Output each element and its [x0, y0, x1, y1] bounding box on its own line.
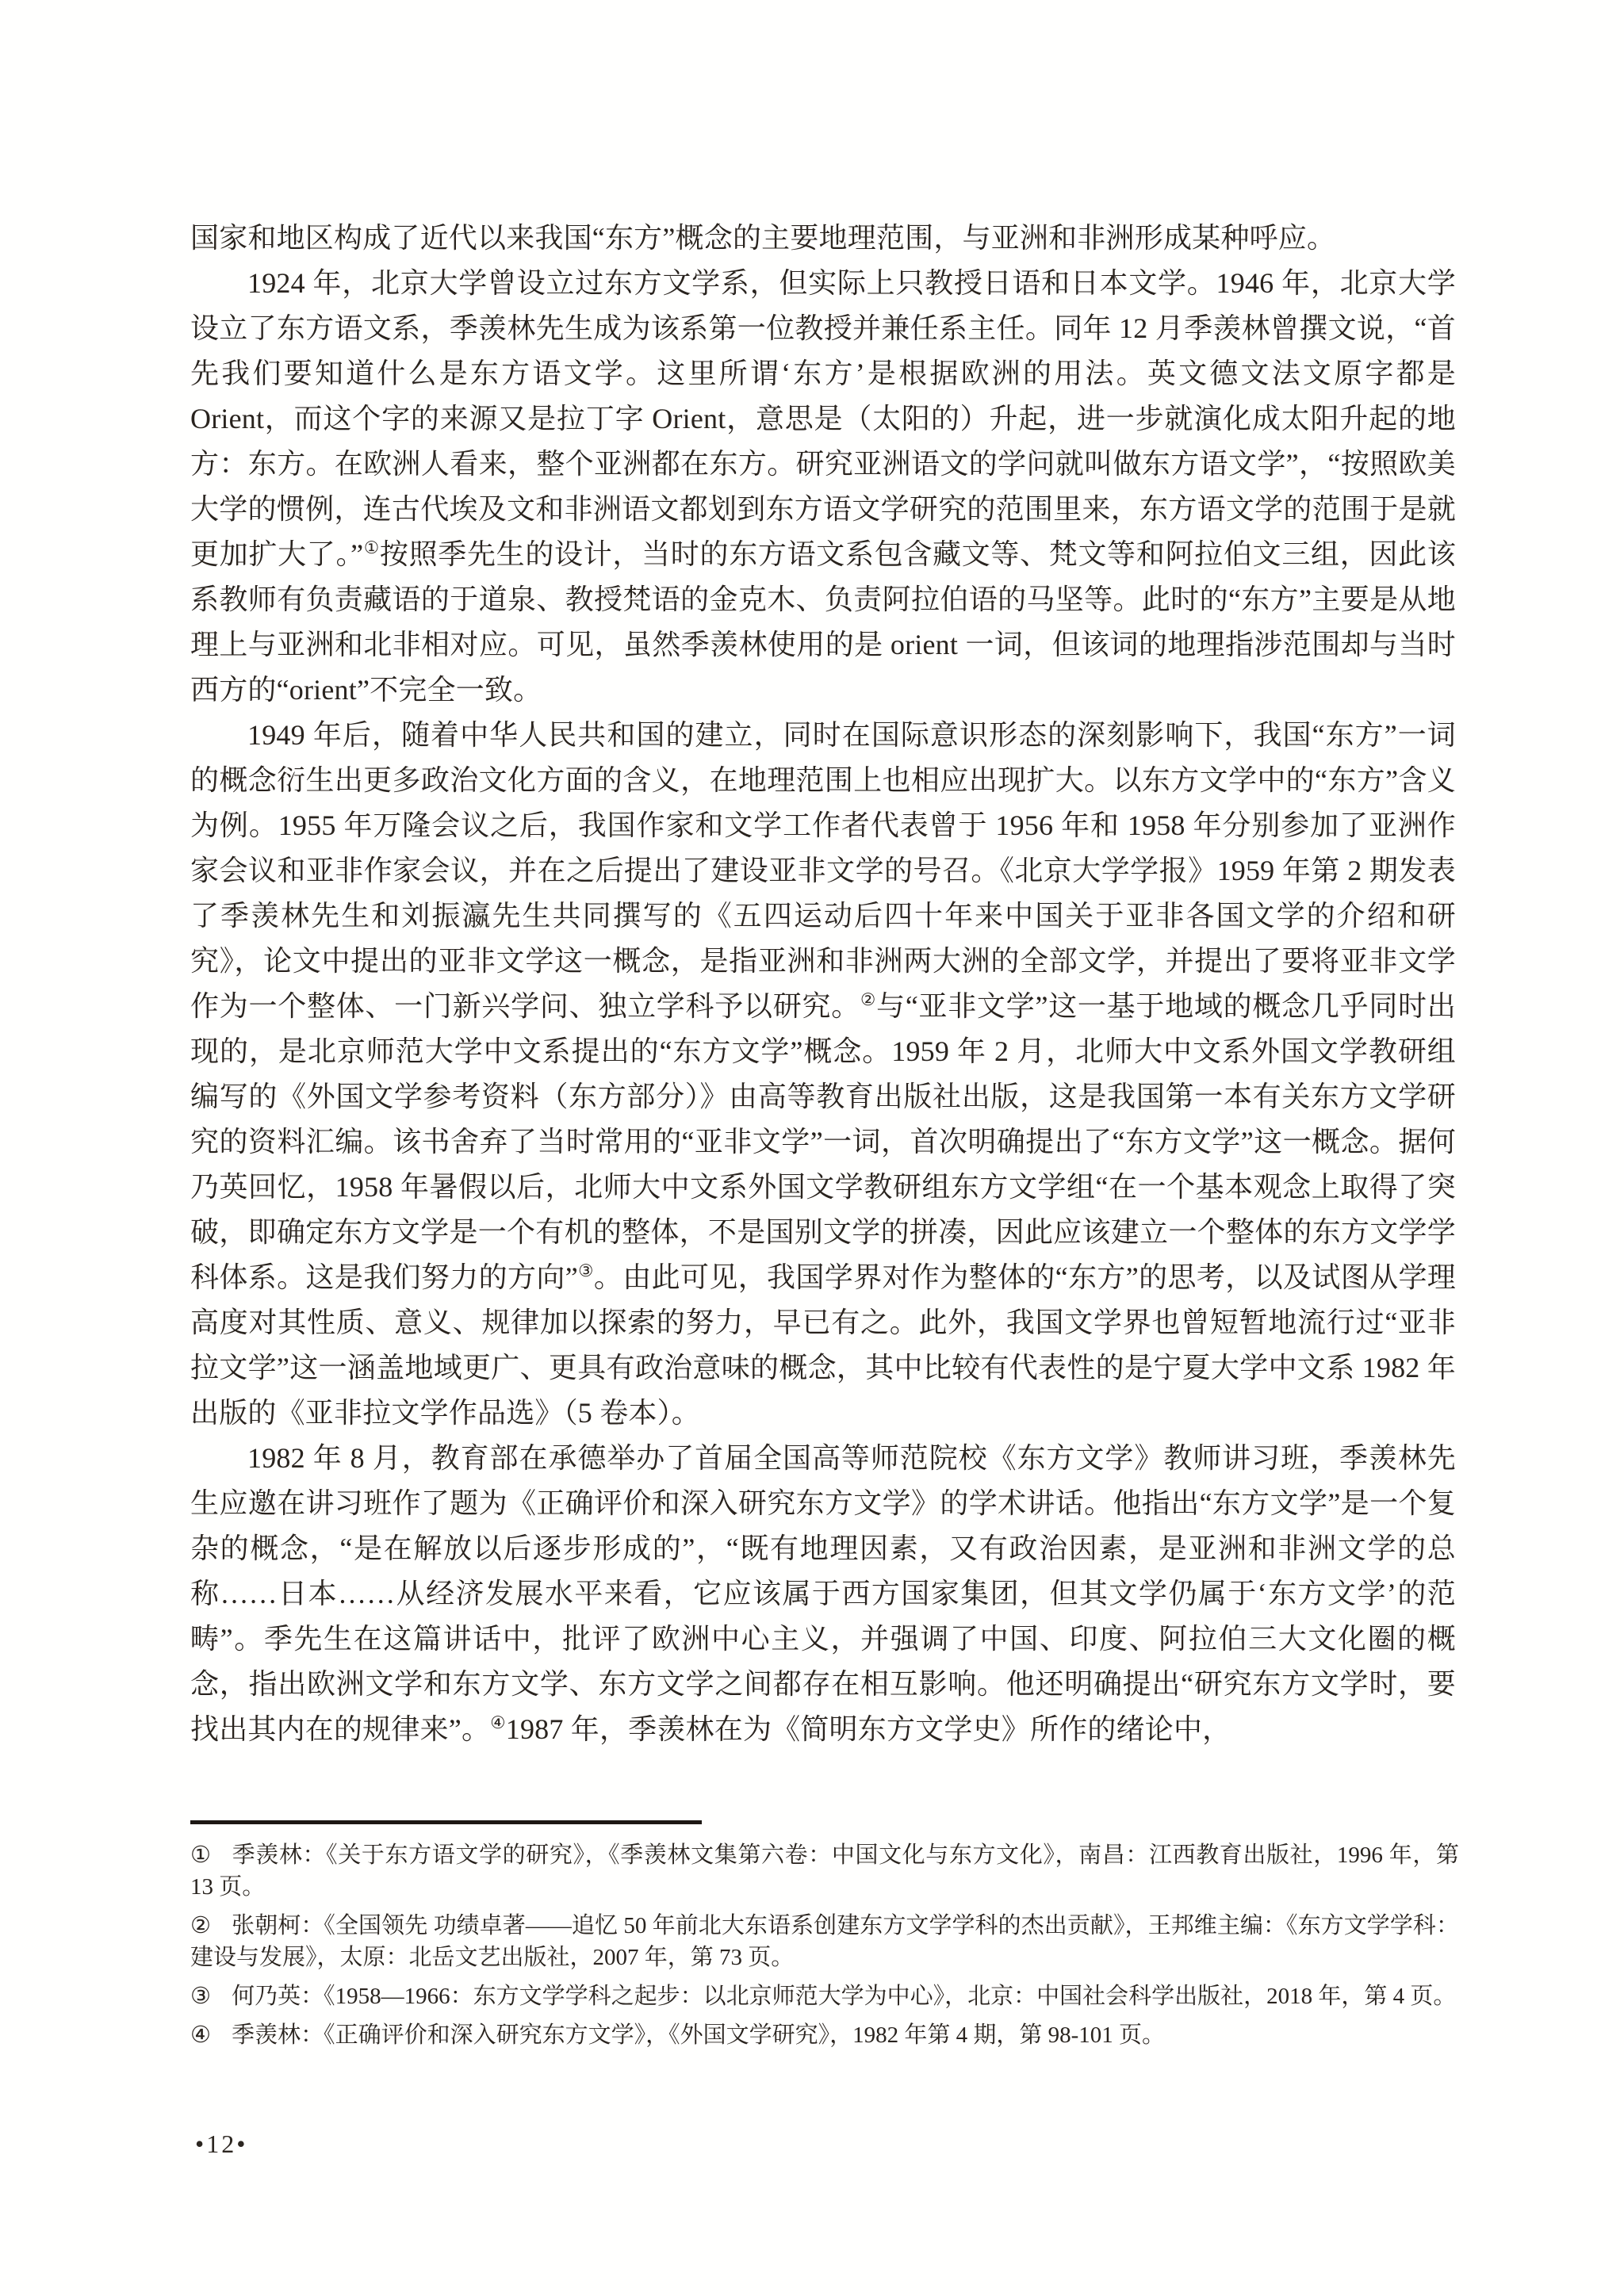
footnote-marker: ④ [190, 2019, 211, 2051]
footnote-ref: ① [363, 538, 380, 557]
footnote-separator [190, 1820, 702, 1824]
footnote-item: ①季羡林：《关于东方语文学的研究》，《季羡林文集第六卷：中国文化与东方文化》，南… [190, 1839, 1459, 1903]
body-paragraph: 1949 年后，随着中华人民共和国的建立，同时在国际意识形态的深刻影响下，我国“… [190, 713, 1456, 1436]
footnote-item: ④季羡林：《正确评价和深入研究东方文学》，《外国文学研究》，1982 年第 4 … [190, 2019, 1459, 2051]
footnote-marker: ① [190, 1839, 211, 1871]
body-paragraph: 1982 年 8 月，教育部在承德举办了首届全国高等师范院校《东方文学》教师讲习… [190, 1436, 1456, 1752]
footnote-text: 季羡林：《正确评价和深入研究东方文学》，《外国文学研究》，1982 年第 4 期… [232, 2022, 1165, 2048]
footnote-ref: ③ [578, 1261, 594, 1280]
footnote-item: ②张朝柯：《全国领先 功绩卓著——追忆 50 年前北大东语系创建东方文学学科的杰… [190, 1910, 1459, 1973]
footnote-ref: ② [860, 990, 876, 1009]
footnote-text: 季羡林：《关于东方语文学的研究》，《季羡林文集第六卷：中国文化与东方文化》，南昌… [190, 1843, 1459, 1900]
article-body: 国家和地区构成了近代以来我国“东方”概念的主要地理范围，与亚洲和非洲形成某种呼应… [190, 216, 1456, 1752]
footnotes-section: ①季羡林：《关于东方语文学的研究》，《季羡林文集第六卷：中国文化与东方文化》，南… [190, 1839, 1459, 2058]
body-paragraph: 1924 年，北京大学曾设立过东方文学系，但实际上只教授日语和日本文学。1946… [190, 261, 1456, 713]
body-paragraph-continuation: 国家和地区构成了近代以来我国“东方”概念的主要地理范围，与亚洲和非洲形成某种呼应… [190, 216, 1456, 261]
footnote-text: 张朝柯：《全国领先 功绩卓著——追忆 50 年前北大东语系创建东方文学学科的杰出… [190, 1913, 1459, 1970]
footnote-marker: ② [190, 1910, 211, 1942]
document-page: 国家和地区构成了近代以来我国“东方”概念的主要地理范围，与亚洲和非洲形成某种呼应… [0, 0, 1624, 2296]
page-number: •12• [195, 2130, 247, 2159]
footnote-marker: ③ [190, 1980, 211, 2012]
footnote-item: ③何乃英：《1958—1966：东方文学学科之起步：以北京师范大学为中心》，北京… [190, 1980, 1459, 2012]
footnote-ref: ④ [490, 1713, 506, 1732]
footnote-text: 何乃英：《1958—1966：东方文学学科之起步：以北京师范大学为中心》，北京：… [232, 1984, 1456, 2009]
